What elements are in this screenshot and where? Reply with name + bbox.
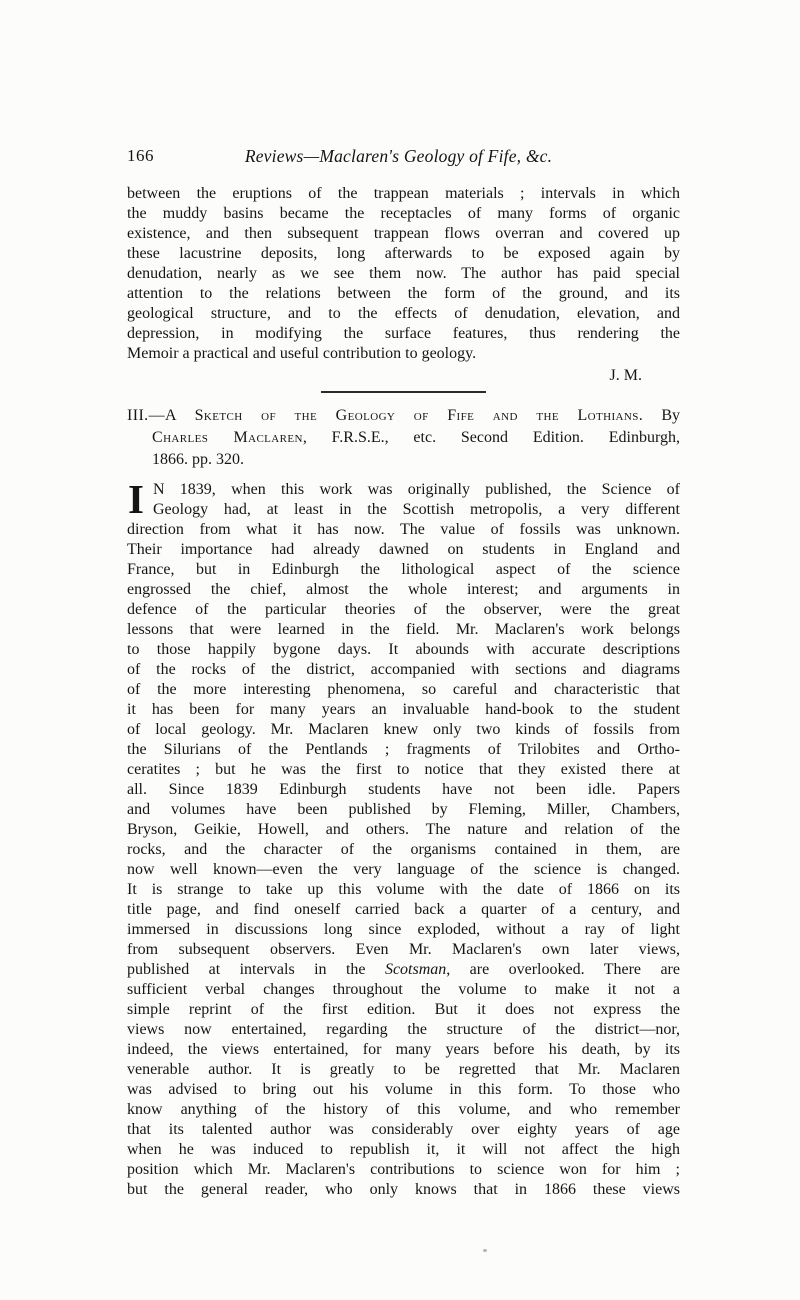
text-line: rocks, and the character of the organism… xyxy=(127,840,680,860)
text-line: Their importance had already dawned on s… xyxy=(127,540,680,560)
text-line: views now entertained, regarding the str… xyxy=(127,1020,680,1040)
page-number: 166 xyxy=(127,146,154,166)
text-line: venerable author. It is greatly to be re… xyxy=(127,1060,680,1080)
text-line: sufficient verbal changes throughout the… xyxy=(127,980,680,1000)
text-line: but the general reader, who only knows t… xyxy=(127,1180,680,1200)
article-heading-line: Charles Maclaren, F.R.S.E., etc. Second … xyxy=(127,427,680,449)
text-line: lessons that were learned in the field. … xyxy=(127,620,680,640)
reviewer-initials: J. M. xyxy=(127,366,680,386)
text-line: immersed in discussions long since explo… xyxy=(127,920,680,940)
text-line: of the rocks of the district, accompanie… xyxy=(127,660,680,680)
text-line: depression, in modifying the surface fea… xyxy=(127,324,680,344)
text-line: denudation, nearly as we see them now. T… xyxy=(127,264,680,284)
text-line: ceratites ; but he was the first to noti… xyxy=(127,760,680,780)
drop-cap: I xyxy=(127,480,153,519)
text-line: published at intervals in the Scotsman, … xyxy=(127,960,680,980)
text-line: all. Since 1839 Edinburgh students have … xyxy=(127,780,680,800)
text-line: it has been for many years an invaluable… xyxy=(127,700,680,720)
text-segment: published at intervals in the xyxy=(127,961,385,978)
text-line: defence of the particular theories of th… xyxy=(127,600,680,620)
text-line: now well known—even the very language of… xyxy=(127,860,680,880)
review-body-paragraph: I N 1839, when this work was originally … xyxy=(127,480,680,1200)
text-line: simple reprint of the first edition. But… xyxy=(127,1000,680,1020)
text-line: attention to the relations between the f… xyxy=(127,284,680,304)
review-closing-paragraph: between the eruptions of the trappean ma… xyxy=(127,184,680,364)
text-line: between the eruptions of the trappean ma… xyxy=(127,184,680,204)
text-line: N 1839, when this work was originally pu… xyxy=(127,480,680,500)
text-line: the muddy basins became the receptacles … xyxy=(127,204,680,224)
text-line: title page, and find oneself carried bac… xyxy=(127,900,680,920)
text-line: engrossed the chief, almost the whole in… xyxy=(127,580,680,600)
article-title-smallcaps: III.—A Sketch of the Geology of Fife and… xyxy=(127,407,643,424)
text-line: indeed, the views entertained, for many … xyxy=(127,1040,680,1060)
text-line: existence, and then subsequent trappean … xyxy=(127,224,680,244)
text-line: It is strange to take up this volume wit… xyxy=(127,880,680,900)
text-line: and volumes have been published by Flemi… xyxy=(127,800,680,820)
text-line: Geology had, at least in the Scottish me… xyxy=(127,500,680,520)
page-header: 166 Reviews—Maclaren's Geology of Fife, … xyxy=(127,146,680,168)
text-line: to those happily bygone days. It abounds… xyxy=(127,640,680,660)
text-line: these lacustrine deposits, long afterwar… xyxy=(127,244,680,264)
scan-speck xyxy=(483,1249,487,1252)
text-segment: 1866. pp. 320. xyxy=(152,451,244,468)
italic-publication-name: Scotsman xyxy=(385,961,446,978)
text-line: from subsequent observers. Even Mr. Macl… xyxy=(127,940,680,960)
article-heading-line: 1866. pp. 320. xyxy=(127,449,680,471)
running-title: Reviews—Maclaren's Geology of Fife, &c. xyxy=(157,146,640,167)
text-line: the Silurians of the Pentlands ; fragmen… xyxy=(127,740,680,760)
text-segment: , F.R.S.E., etc. Second Edition. Edinbur… xyxy=(303,429,680,446)
text-line: of local geology. Mr. Maclaren knew only… xyxy=(127,720,680,740)
text-line: Bryson, Geikie, Howell, and others. The … xyxy=(127,820,680,840)
section-divider-rule xyxy=(321,391,486,393)
article-heading-line: III.—A Sketch of the Geology of Fife and… xyxy=(127,405,680,427)
text-segment: By xyxy=(643,407,680,424)
text-segment: , are overlooked. There are xyxy=(446,961,680,978)
article-author-smallcaps: Charles Maclaren xyxy=(152,429,303,446)
text-line: Memoir a practical and useful contributi… xyxy=(127,344,680,364)
text-line: that its talented author was considerabl… xyxy=(127,1120,680,1140)
text-segment: Memoir a practical and useful contributi… xyxy=(127,345,476,362)
text-line: position which Mr. Maclaren's contributi… xyxy=(127,1160,680,1180)
text-line: was advised to bring out his volume in t… xyxy=(127,1080,680,1100)
article-heading: III.—A Sketch of the Geology of Fife and… xyxy=(127,405,680,471)
text-line: geological structure, and to the effects… xyxy=(127,304,680,324)
text-line: when he was induced to republish it, it … xyxy=(127,1140,680,1160)
text-line: France, but in Edinburgh the lithologica… xyxy=(127,560,680,580)
text-line: of the more interesting phenomena, so ca… xyxy=(127,680,680,700)
text-line: direction from what it has now. The valu… xyxy=(127,520,680,540)
text-line: know anything of the history of this vol… xyxy=(127,1100,680,1120)
book-page: 166 Reviews—Maclaren's Geology of Fife, … xyxy=(0,0,800,1300)
